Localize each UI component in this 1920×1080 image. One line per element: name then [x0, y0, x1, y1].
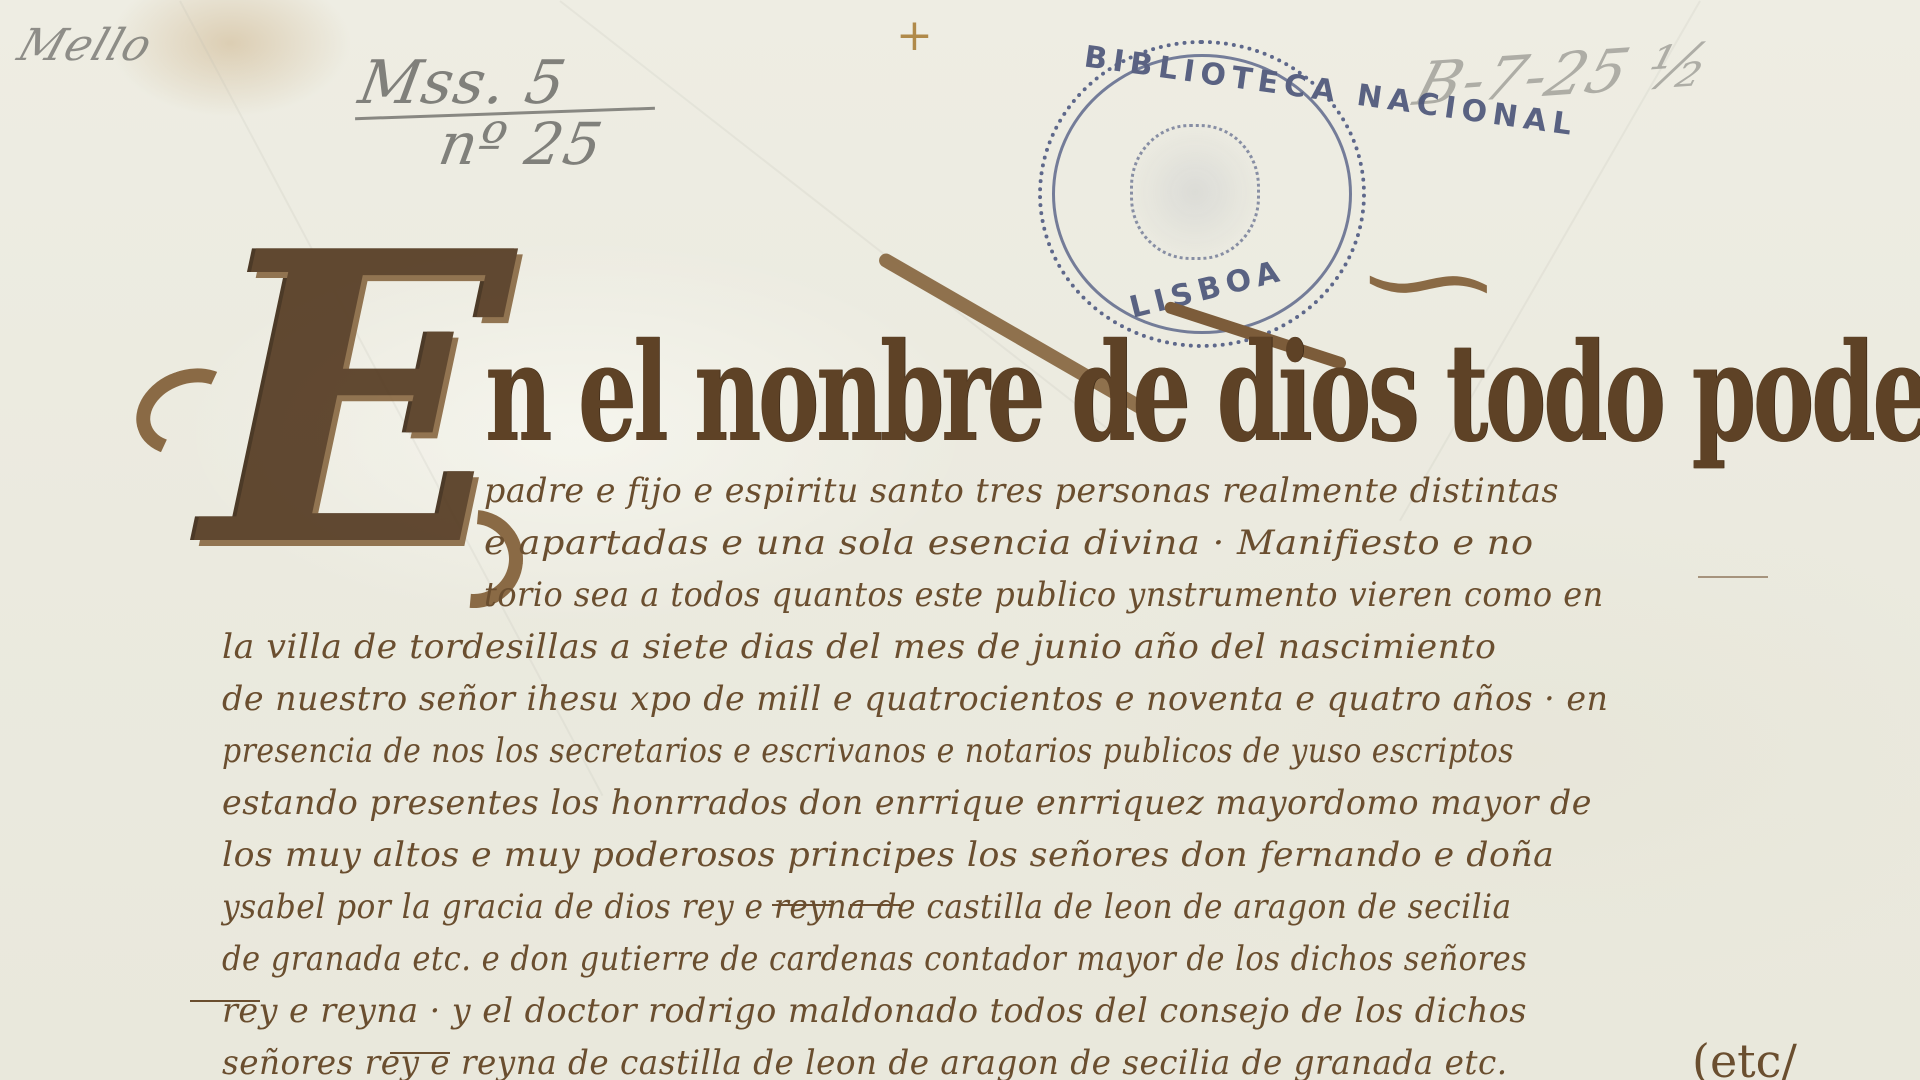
text-line: ysabel por la gracia de dios rey e reyna… — [222, 890, 1512, 924]
coat-of-arms-icon — [1130, 124, 1260, 260]
abbreviation-stroke — [390, 1052, 450, 1054]
library-stamp: BIBLIOTECA NACIONAL LISBOA — [1038, 40, 1366, 348]
text-line: e apartadas e una sola esencia divina · … — [484, 526, 1534, 560]
pencil-note-left: Mello — [12, 20, 159, 71]
text-line: la villa de tordesillas a siete dias del… — [222, 630, 1496, 664]
text-line: los muy altos e muy poderosos principes … — [222, 838, 1554, 872]
text-line: torio sea a todos quantos este publico y… — [484, 578, 1604, 612]
abbreviation-stroke — [772, 904, 832, 906]
trailing-mark: (etc/ — [1692, 1034, 1797, 1080]
text-line: padre e fijo e espiritu santo tres perso… — [484, 474, 1559, 508]
text-line: estando presentes los honrrados don enrr… — [222, 786, 1592, 820]
text-line: de nuestro señor ihesu xpo de mill e qua… — [222, 682, 1609, 716]
text-line: de granada etc. e don gutierre de carden… — [222, 942, 1527, 976]
text-line: presencia de nos los secretarios e escri… — [222, 734, 1514, 768]
decorated-initial: E — [135, 230, 505, 610]
cross-mark-icon: + — [896, 14, 933, 58]
heading-title: n el nonbre de dios todo poderoso — [485, 325, 1920, 461]
abbreviation-stroke — [850, 904, 900, 906]
collection-label: Mss. 5 — [354, 48, 572, 118]
text-line: rey e reyna · y el doctor rodrigo maldon… — [222, 994, 1527, 1028]
margin-stroke — [1698, 576, 1768, 578]
abbreviation-stroke — [190, 1000, 260, 1002]
